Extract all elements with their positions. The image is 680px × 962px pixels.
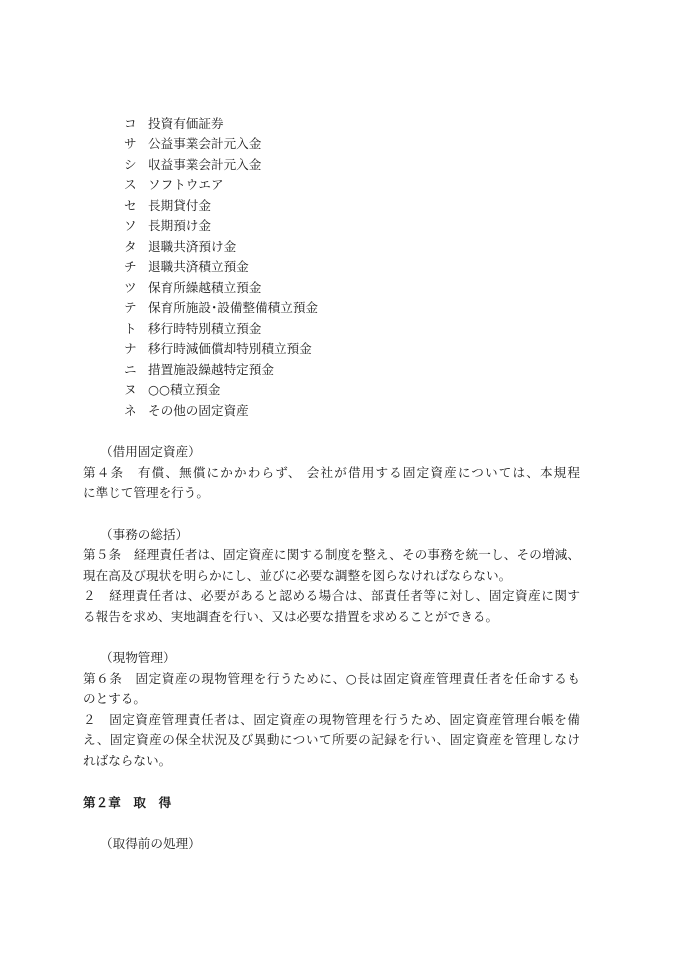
- list-item-label: ト: [124, 319, 148, 339]
- article-4-line-1: 第４条 有償、無償にかかわらず、 会社が借用する固定資産については、本規程: [83, 463, 580, 483]
- list-item-label: ネ: [124, 401, 148, 421]
- list-item-label: サ: [124, 134, 148, 154]
- list-item-label: ニ: [124, 360, 148, 380]
- article-6-line-2: のとする。: [83, 689, 146, 709]
- list-item: スソフトウエア: [124, 175, 224, 195]
- list-item-text: その他の固定資産: [148, 403, 249, 418]
- article-5-line-1: 第５条 経理責任者は、固定資産に関する制度を整え、その事務を統一し、その増減、: [83, 545, 580, 565]
- list-item-label: ソ: [124, 216, 148, 236]
- list-item: ナ移行時減価償却特別積立預金: [124, 339, 312, 359]
- list-item: ニ措置施設繰越特定預金: [124, 360, 274, 380]
- list-item: ト移行時特別積立預金: [124, 319, 261, 339]
- list-item: シ収益事業会計元入金: [124, 155, 261, 175]
- list-item-text: 移行時特別積立預金: [148, 321, 261, 336]
- list-item-label: チ: [124, 257, 148, 277]
- list-item: サ公益事業会計元入金: [124, 134, 261, 154]
- list-item: タ退職共済預け金: [124, 237, 236, 257]
- list-item-text: ○○積立預金: [148, 382, 220, 397]
- list-item: ネその他の固定資産: [124, 401, 249, 421]
- list-item: ヌ○○積立預金: [124, 380, 220, 400]
- list-item: ソ長期預け金: [124, 216, 211, 236]
- article-4-heading: （借用固定資産）: [100, 442, 201, 462]
- list-item-label: タ: [124, 237, 148, 257]
- list-item-text: 退職共済預け金: [148, 239, 236, 254]
- list-item-text: 退職共済積立預金: [148, 259, 249, 274]
- list-item: テ保育所施設･設備整備積立預金: [124, 298, 318, 318]
- list-item-text: 保育所繰越積立預金: [148, 280, 261, 295]
- list-item: コ投資有価証券: [124, 114, 224, 134]
- list-item-label: コ: [124, 114, 148, 134]
- article-6-line-1: 第６条 固定資産の現物管理を行うために、○長は固定資産管理責任者を任命するも: [83, 669, 580, 689]
- list-item: ツ保育所繰越積立預金: [124, 278, 261, 298]
- article-5-heading: （事務の総括）: [100, 525, 188, 545]
- list-item-text: 収益事業会計元入金: [148, 157, 261, 172]
- list-item: チ退職共済積立預金: [124, 257, 249, 277]
- list-item-text: 措置施設繰越特定預金: [148, 362, 274, 377]
- list-item-text: 投資有価証券: [148, 116, 224, 131]
- list-item-text: 長期貸付金: [148, 198, 211, 213]
- article-6-heading: （現物管理）: [100, 648, 176, 668]
- list-item-text: 移行時減価償却特別積立預金: [148, 341, 312, 356]
- list-item-label: テ: [124, 298, 148, 318]
- list-item-text: 保育所施設･設備整備積立預金: [148, 300, 318, 315]
- article-5-line-3: ２ 経理責任者は、必要があると認める場合は、部責任者等に対し、固定資産に関す: [83, 586, 580, 606]
- section-heading: （取得前の処理）: [100, 834, 201, 854]
- list-item: セ長期貸付金: [124, 196, 211, 216]
- list-item-text: ソフトウエア: [148, 177, 224, 192]
- article-5-line-4: る報告を求め、実地調査を行い、又は必要な措置を求めることができる。: [83, 607, 498, 627]
- list-item-text: 長期預け金: [148, 218, 211, 233]
- article-6-line-4: え、固定資産の保全状況及び異動について所要の記録を行い、固定資産を管理しなけ: [83, 730, 580, 750]
- list-item-label: ヌ: [124, 380, 148, 400]
- article-6-line-3: ２ 固定資産管理責任者は、固定資産の現物管理を行うため、固定資産管理台帳を備: [83, 710, 580, 730]
- list-item-label: シ: [124, 155, 148, 175]
- list-item-label: ス: [124, 175, 148, 195]
- article-5-line-2: 現在高及び現状を明らかにし、並びに必要な調整を図らなければならない。: [83, 566, 511, 586]
- list-item-label: ナ: [124, 339, 148, 359]
- article-6-line-5: ればならない。: [83, 751, 171, 771]
- article-4-line-2: に準じて管理を行う。: [83, 483, 209, 503]
- list-item-label: ツ: [124, 278, 148, 298]
- list-item-label: セ: [124, 196, 148, 216]
- chapter-title: 第２章 取 得: [83, 793, 171, 813]
- list-item-text: 公益事業会計元入金: [148, 136, 261, 151]
